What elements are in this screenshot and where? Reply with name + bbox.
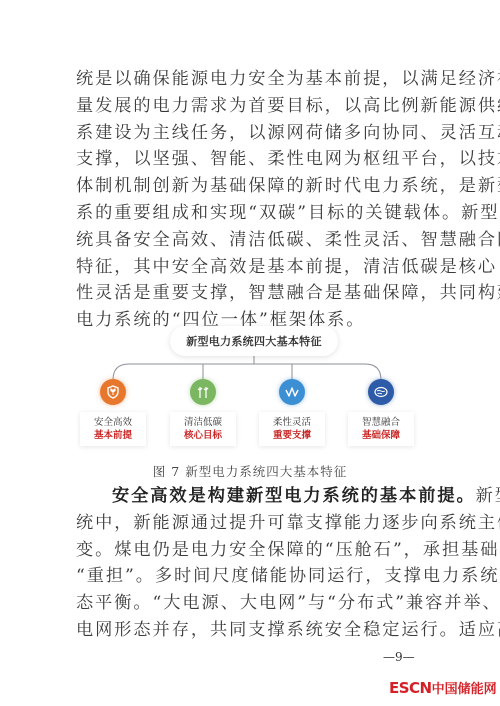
text-line: 体制机制创新为基础保障的新时代电力系统，是新型能源体: [76, 173, 426, 200]
feature-card-2: 清洁低碳 核心目标: [170, 412, 236, 446]
brain-icon: [368, 379, 394, 405]
feature-card-3: 柔性灵活 重要支撑: [259, 412, 325, 446]
wind-turbine-icon: [190, 379, 216, 405]
feature-name: 安全高效: [80, 416, 146, 429]
feature-role: 基础保障: [348, 429, 414, 442]
text-line: 安全高效是构建新型电力系统的基本前提。新型电力系: [76, 483, 426, 510]
text-line: “重担”。多时间尺度储能协同运行，支撑电力系统实现动: [76, 563, 426, 590]
paragraph-1: 统是以确保能源电力安全为基本前提，以满足经济社会高质 量发展的电力需求为首要目标…: [76, 66, 426, 334]
feature-card-1: 安全高效 基本前提: [80, 412, 146, 446]
text-line: 统具备安全高效、清洁低碳、柔性灵活、智慧融合四大重要: [76, 227, 426, 254]
feature-name: 柔性灵活: [259, 416, 325, 429]
diagram-title: 新型电力系统四大基本特征: [170, 326, 338, 356]
feature-diagram: 新型电力系统四大基本特征 安全高效 基本前提 清洁低碳 核心目标 柔性灵活 重要…: [70, 318, 435, 453]
feature-name: 智慧融合: [348, 416, 414, 429]
shield-plant-icon: [100, 379, 126, 405]
feature-role: 核心目标: [170, 429, 236, 442]
figure-caption: 图 7 新型电力系统四大基本特征: [0, 462, 500, 480]
text-line: 性灵活是重要支撑，智慧融合是基础保障，共同构建了新型: [76, 280, 426, 307]
escn-watermark-logo: ESCN中国储能网: [389, 678, 497, 697]
watermark-latin: ESCN: [389, 679, 432, 697]
text-line: 变。煤电仍是电力安全保障的“压舱石”，承担基础保障的: [76, 537, 426, 564]
feature-role: 基本前提: [80, 429, 146, 442]
wave-icon: [279, 379, 305, 405]
text-line: 电网形态并存，共同支撑系统安全稳定运行。适应高比例新: [76, 617, 426, 644]
text-line: 态平衡。“大电源、大电网”与“分布式”兼容并举、多种: [76, 590, 426, 617]
feature-card-4: 智慧融合 基础保障: [348, 412, 414, 446]
watermark-cn: 中国储能网: [432, 682, 497, 697]
lead-rest: 新型电力系: [476, 486, 500, 506]
text-line: 支撑，以坚强、智能、柔性电网为枢纽平台，以技术创新和: [76, 146, 426, 173]
text-line: 系建设为主线任务，以源网荷储多向协同、灵活互动为坚强: [76, 120, 426, 147]
feature-role: 重要支撑: [259, 429, 325, 442]
text-line: 特征，其中安全高效是基本前提，清洁低碳是核心目标，柔: [76, 254, 426, 281]
feature-name: 清洁低碳: [170, 416, 236, 429]
lead-sentence: 安全高效是构建新型电力系统的基本前提。: [112, 486, 476, 506]
paragraph-2: 安全高效是构建新型电力系统的基本前提。新型电力系 统中，新能源通过提升可靠支撑能…: [76, 483, 426, 644]
text-line: 统是以确保能源电力安全为基本前提，以满足经济社会高质: [76, 66, 426, 93]
text-line: 系的重要组成和实现“双碳”目标的关键载体。新型电力系: [76, 200, 426, 227]
text-line: 量发展的电力需求为首要目标，以高比例新能源供给消纳体: [76, 93, 426, 120]
page-number: —9—: [383, 650, 415, 664]
text-line: 统中，新能源通过提升可靠支撑能力逐步向系统主体电源转: [76, 510, 426, 537]
